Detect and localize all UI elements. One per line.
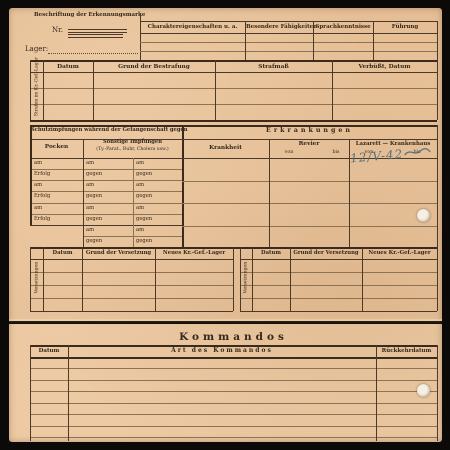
kommandos-title: Kommandos [30,331,437,343]
bis-label: bis [326,150,346,156]
divider-line [233,247,234,311]
vaccination-cell-label: gegen [136,217,152,223]
vaccination-cell-label: Erfolg [34,217,50,223]
rule-line [182,203,437,204]
transfers-column-header: Grund der Versetzung [290,250,362,256]
rule-line [30,180,182,181]
rule-line [30,88,437,89]
pocken-column-header: Pocken [30,144,83,151]
illnesses-title: Erkrankungen [182,127,437,134]
divider-line [155,247,156,311]
divider-line [437,125,438,247]
rule-line [30,285,233,286]
vaccination-cell-label: gegen [136,194,152,200]
rule-line [182,181,437,182]
rule-line [182,226,437,227]
rule-line [30,214,182,215]
transfers-side-label: Versetzungen [34,249,39,305]
vaccination-cell-label: Erfolg [34,172,50,178]
transfers-column-header: Datum [252,250,290,256]
rule-line [140,51,437,52]
rule-line [30,158,182,159]
rule-line [240,285,437,286]
rule-line [240,311,437,312]
vaccination-cell-label: am [136,161,144,167]
punishments-column-header: Strafmaß [215,64,332,71]
vaccination-cell-label: gegen [86,172,102,178]
divider-line [362,247,363,311]
kommandos-column-header: Art des Kommandos [68,348,376,355]
divider-line [30,345,31,441]
divider-line [30,60,31,120]
divider-line [83,139,84,247]
transfers-side-label: Versetzungen [243,249,248,305]
von-label: von [279,150,299,156]
vaccination-cell-label: am [86,183,94,189]
nr-ruled-line [68,32,127,33]
transfers-column-header: Neues Kr.-Gef.-Lager [362,250,437,256]
transfers-column-header: Datum [43,250,82,256]
rule-line [30,60,437,62]
rule-line [30,311,233,312]
traits-column-header: Charaktereigenschaften u. a. [141,24,244,30]
krankheit-column-header: Krankheit [182,145,269,152]
vaccination-cell-label: am [34,183,42,189]
rule-line [240,259,437,260]
nr-ruled-line [68,37,123,38]
divider-line [437,345,438,441]
divider-line [133,158,134,247]
punch-hole [417,209,430,222]
other-vaccinations-subheader: (Ty.-Parat., Ruhr, Cholera usw.) [84,147,181,152]
lager-label: Lager: [25,45,48,53]
vaccination-cell-label: gegen [86,194,102,200]
rule-line [30,169,182,170]
transfers-column-header: Grund der Versetzung [82,250,155,256]
punishments-column-header: Verbüßt, Datum [332,64,437,71]
nr-label: Nr. [52,26,63,34]
rule-line [30,191,182,192]
punishments-column-header: Datum [43,64,93,71]
divider-line [43,247,44,311]
rule-line [240,298,437,299]
divider-line [269,139,270,247]
divider-line [437,21,438,60]
tag-inscription-title: Beschriftung der Erkennungsmarke [34,12,140,18]
fold-line [9,321,442,324]
revier-column-header: Revier [269,141,349,148]
divider-line [182,125,184,247]
rule-line [30,225,182,226]
vaccination-cell-label: Erfolg [34,194,50,200]
divider-line [252,247,253,311]
vaccination-cell-label: am [86,206,94,212]
rule-line [140,21,437,22]
kommandos-column-header: Datum [30,348,68,354]
vaccination-cell-label: am [34,206,42,212]
punishments-side-label: Strafen im Kr.-Gef.-Lager [34,57,40,117]
vaccination-cell-label: am [34,161,42,167]
rule-line [30,104,437,105]
nr-ruled-line [68,34,123,35]
divider-line [290,247,291,311]
rule-line [140,33,437,34]
vaccination-cell-label: gegen [136,172,152,178]
vaccination-cell-label: gegen [86,217,102,223]
kommandos-column-header: Rückkehrdatum [376,348,437,354]
divider-line [82,247,83,311]
rule-line [30,120,437,122]
traits-column-header: Besondere Fähigkeiten [246,24,312,30]
divider-line [30,125,32,225]
rule-line [30,72,437,73]
traits-column-header: Führung [374,24,436,30]
other-vaccinations-header: Sonstige Impfungen [84,140,181,146]
rule-line [30,203,182,204]
vaccination-cell-label: gegen [86,239,102,245]
vaccination-cell-label: am [136,228,144,234]
divider-line [30,247,31,311]
rule-line [30,298,233,299]
rule-line [30,272,233,273]
divider-line [437,247,438,311]
vaccination-cell-label: am [86,228,94,234]
vaccination-cell-label: am [136,183,144,189]
divider-line [376,345,377,441]
traits-column-header: Sprachkenntnisse [314,24,372,30]
transfers-column-header: Neues Kr.-Gef.-Lager [155,250,233,256]
punishments-column-header: Grund der Bestrafung [93,64,215,71]
vaccination-cell-label: am [136,206,144,212]
vaccinations-title: Schutzimpfungen während der Gefangenscha… [31,128,181,134]
divider-line [437,60,438,120]
nr-ruled-line [68,29,127,30]
vaccination-cell-label: gegen [136,239,152,245]
rule-line [140,42,437,43]
handwriting-flourish [403,145,432,158]
rule-line [30,259,233,260]
punch-hole [417,384,430,397]
vaccination-cell-label: am [86,161,94,167]
divider-line [68,345,69,441]
rule-line [240,272,437,273]
lager-fill-line [48,46,138,54]
divider-line [240,247,241,311]
